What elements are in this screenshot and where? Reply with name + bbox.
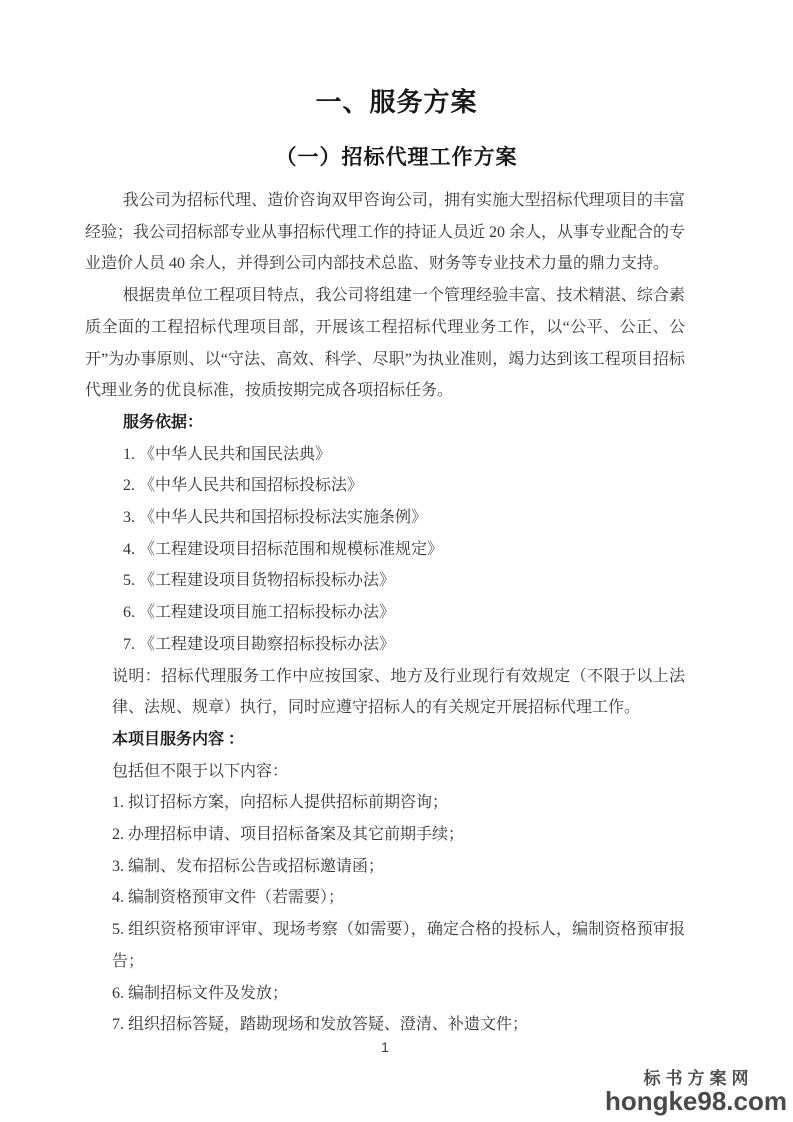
document-body: 我公司为招标代理、造价咨询双甲咨询公司，拥有实施大型招标代理项目的丰富经验；我公… (0, 185, 793, 1041)
list-item: 1. 《中华人民共和国民法典》 (123, 439, 685, 471)
service-content-intro: 包括但不限于以下内容： (112, 756, 685, 788)
service-basis-heading: 服务依据： (123, 407, 685, 439)
list-item: 2. 办理招标申请、项目招标备案及其它前期手续； (112, 819, 685, 851)
list-item: 6. 编制招标文件及发放； (112, 978, 685, 1010)
list-item: 3. 《中华人民共和国招标投标法实施条例》 (123, 502, 685, 534)
document-page: 一、服务方案 （一）招标代理工作方案 我公司为招标代理、造价咨询双甲咨询公司，拥… (0, 0, 793, 1122)
site-watermark: 标书方案网 hongke98.com (605, 1069, 787, 1115)
list-item: 7. 组织招标答疑，踏勘现场和发放答疑、澄清、补遗文件； (112, 1009, 685, 1041)
list-item: 4. 《工程建设项目招标范围和规模标准规定》 (123, 534, 685, 566)
basis-note-text: 说明：招标代理服务工作中应按国家、地方及行业现行有效规定（不限于以上法律、法规、… (112, 661, 685, 724)
intro-paragraph-1: 我公司为招标代理、造价咨询双甲咨询公司，拥有实施大型招标代理项目的丰富经验；我公… (85, 185, 685, 280)
service-basis-section: 服务依据： 1. 《中华人民共和国民法典》 2. 《中华人民共和国招标投标法》 … (85, 407, 685, 661)
list-item: 5. 《工程建设项目货物招标投标办法》 (123, 565, 685, 597)
list-item: 1. 拟订招标方案，向招标人提供招标前期咨询； (112, 787, 685, 819)
service-content-section: 本项目服务内容 ： 包括但不限于以下内容： 1. 拟订招标方案，向招标人提供招标… (85, 724, 685, 1041)
service-content-heading: 本项目服务内容 ： (112, 724, 685, 756)
list-item: 6. 《工程建设项目施工招标投标办法》 (123, 597, 685, 629)
page-title: 一、服务方案 (0, 86, 793, 120)
list-item: 4. 编制资格预审文件（若需要）； (112, 882, 685, 914)
list-item: 3. 编制、发布招标公告或招标邀请函； (112, 851, 685, 883)
section-title: （一）招标代理工作方案 (0, 143, 793, 171)
list-item: 2. 《中华人民共和国招标投标法》 (123, 470, 685, 502)
list-item: 7. 《工程建设项目勘察招标投标办法》 (123, 629, 685, 661)
basis-note: 说明：招标代理服务工作中应按国家、地方及行业现行有效规定（不限于以上法律、法规、… (85, 661, 685, 724)
service-content-list: 1. 拟订招标方案，向招标人提供招标前期咨询； 2. 办理招标申请、项目招标备案… (112, 787, 685, 1041)
intro-paragraph-2: 根据贵单位工程项目特点，我公司将组建一个管理经验丰富、技术精湛、综合素质全面的工… (85, 280, 685, 407)
service-basis-list: 1. 《中华人民共和国民法典》 2. 《中华人民共和国招标投标法》 3. 《中华… (123, 439, 685, 661)
page-number: 1 (85, 1038, 685, 1056)
list-item: 5. 组织资格预审评审、现场考察（如需要），确定合格的投标人，编制资格预审报告； (112, 914, 685, 977)
watermark-site-url: hongke98.com (605, 1088, 787, 1115)
